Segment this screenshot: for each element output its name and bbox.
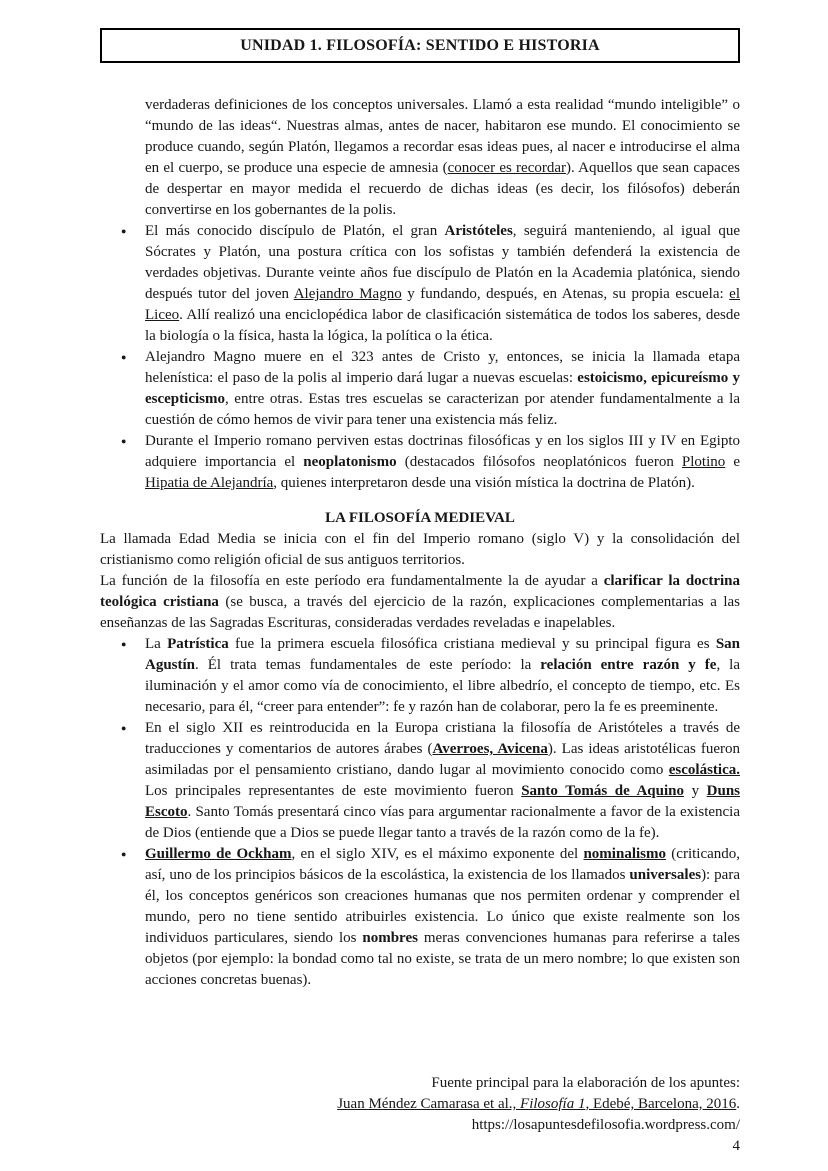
text-run: nombres <box>362 930 418 946</box>
bullet-item: ●La Patrística fue la primera escuela fi… <box>100 634 740 718</box>
section-heading: LA FILOSOFÍA MEDIEVAL <box>100 508 740 529</box>
text-run: La <box>145 636 167 652</box>
text-run: Aristóteles <box>444 223 512 239</box>
text-run: Plotino <box>682 454 725 470</box>
bullet-item: ●Durante el Imperio romano perviven esta… <box>100 431 740 494</box>
text-run: El más conocido discípulo de Platón, el … <box>145 223 444 239</box>
text-run: universales <box>629 867 701 883</box>
footer-line: https://losapuntesdefilosofia.wordpress.… <box>100 1115 740 1136</box>
text-run: Alejandro Magno <box>294 286 402 302</box>
bullet-text: La Patrística fue la primera escuela fil… <box>145 636 740 715</box>
text-run: . Él trata temas fundamentales de este p… <box>195 657 540 673</box>
text-run: , entre otras. Estas tres escuelas se ca… <box>145 391 740 428</box>
text-run: La función de la filosofía en este perío… <box>100 573 604 589</box>
document-page: UNIDAD 1. FILOSOFÍA: SENTIDO E HISTORIA … <box>0 0 828 1171</box>
text-run: (destacados filósofos neoplatónicos fuer… <box>397 454 682 470</box>
source-attribution: Fuente principal para la elaboración de … <box>100 1073 740 1136</box>
bullet-icon: ● <box>121 221 126 242</box>
text-run: , quienes interpretaron desde una visión… <box>273 475 695 491</box>
text-run: Fuente principal para la elaboración de … <box>431 1075 740 1091</box>
text-run: escolástica. <box>669 762 740 778</box>
text-run: relación entre razón y fe <box>540 657 716 673</box>
text-run: , en el siglo XIV, es el máximo exponent… <box>291 846 583 862</box>
text-run: e <box>725 454 740 470</box>
bullet-text: En el siglo XII es reintroducida en la E… <box>145 720 740 841</box>
bullet-item: ●En el siglo XII es reintroducida en la … <box>100 718 740 844</box>
body-paragraph: La llamada Edad Media se inicia con el f… <box>100 529 740 571</box>
text-run: nominalismo <box>583 846 666 862</box>
text-run: y <box>684 783 707 799</box>
text-run: conocer es recordar <box>448 160 566 176</box>
text-run: fue la primera escuela filosófica cristi… <box>229 636 716 652</box>
text-run: , Edebé, Barcelona, 2016 <box>585 1096 736 1112</box>
text-run: . <box>736 1096 740 1112</box>
text-run: LA FILOSOFÍA MEDIEVAL <box>325 510 515 526</box>
footer-line: Fuente principal para la elaboración de … <box>100 1073 740 1094</box>
body-paragraph-indented: verdaderas definiciones de los conceptos… <box>100 95 740 221</box>
body-paragraph: La función de la filosofía en este perío… <box>100 571 740 634</box>
text-run: Juan Méndez Camarasa et al., <box>337 1096 520 1112</box>
bullet-icon: ● <box>121 844 126 865</box>
text-run: Los principales representantes de este m… <box>145 783 521 799</box>
bullet-icon: ● <box>121 718 126 739</box>
unit-title: UNIDAD 1. FILOSOFÍA: SENTIDO E HISTORIA <box>240 37 600 54</box>
text-run: La llamada Edad Media se inicia con el f… <box>100 531 740 568</box>
text-run: Santo Tomás de Aquino <box>521 783 684 799</box>
text-run: . Santo Tomás presentará cinco vías para… <box>145 804 740 841</box>
text-run: . Allí realizó una enciclopédica labor d… <box>145 307 740 344</box>
document-body: verdaderas definiciones de los conceptos… <box>100 95 740 991</box>
text-run: neoplatonismo <box>303 454 396 470</box>
text-run: https://losapuntesdefilosofia.wordpress.… <box>472 1117 740 1133</box>
footer-line: Juan Méndez Camarasa et al., Filosofía 1… <box>100 1094 740 1115</box>
bullet-icon: ● <box>121 347 126 368</box>
text-run: Averroes, Avicena <box>433 741 548 757</box>
bullet-text: Durante el Imperio romano perviven estas… <box>145 433 740 491</box>
text-run: Guillermo de Ockham <box>145 846 291 862</box>
text-run: Hipatia de Alejandría <box>145 475 273 491</box>
bullet-item: ●Guillermo de Ockham, en el siglo XIV, e… <box>100 844 740 991</box>
unit-title-box: UNIDAD 1. FILOSOFÍA: SENTIDO E HISTORIA <box>100 28 740 63</box>
text-run: Patrística <box>167 636 229 652</box>
text-run: y fundando, después, en Atenas, su propi… <box>402 286 729 302</box>
bullet-text: Alejandro Magno muere en el 323 antes de… <box>145 349 740 428</box>
page-footer: Fuente principal para la elaboración de … <box>100 1073 740 1157</box>
page-number: 4 <box>100 1136 740 1157</box>
bullet-text: El más conocido discípulo de Platón, el … <box>145 223 740 344</box>
bullet-icon: ● <box>121 634 126 655</box>
bullet-item: ●El más conocido discípulo de Platón, el… <box>100 221 740 347</box>
bullet-item: ●Alejandro Magno muere en el 323 antes d… <box>100 347 740 431</box>
text-run: Filosofía 1 <box>520 1096 585 1112</box>
bullet-text: Guillermo de Ockham, en el siglo XIV, es… <box>145 846 740 988</box>
bullet-icon: ● <box>121 431 126 452</box>
